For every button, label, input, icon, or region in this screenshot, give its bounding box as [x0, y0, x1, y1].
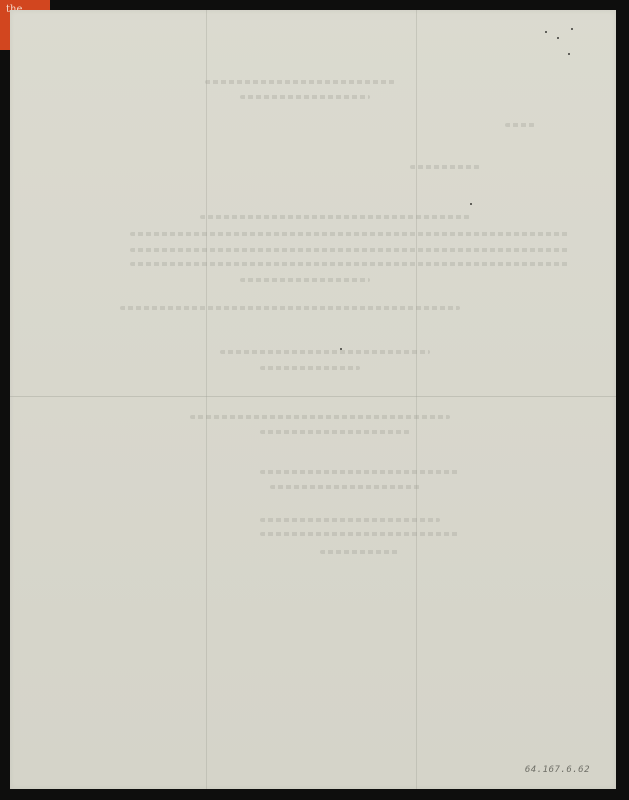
- fold-line-vertical-right: [416, 10, 417, 789]
- accession-number: 64.167.6.62: [525, 765, 590, 775]
- fold-line-horizontal: [10, 396, 616, 397]
- fold-line-vertical-left: [206, 10, 207, 789]
- document-page: 64.167.6.62: [10, 10, 616, 789]
